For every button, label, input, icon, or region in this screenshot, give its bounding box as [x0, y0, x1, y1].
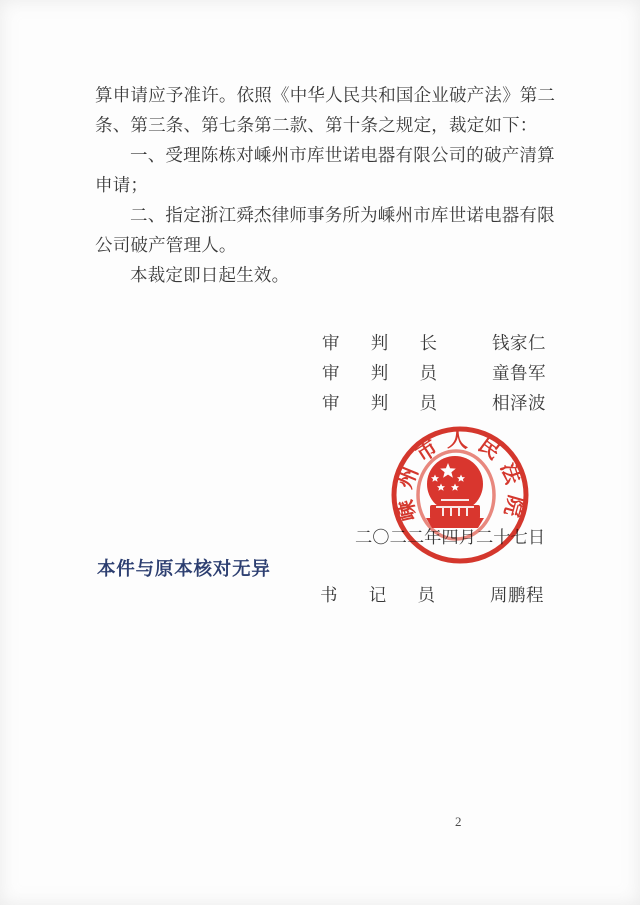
judge-name: 钱家仁 — [492, 328, 546, 358]
body-line: 本裁定即日起生效。 — [95, 260, 557, 290]
body-line: 算申请应予准许。依照《中华人民共和国企业破产法》第二 — [95, 80, 557, 110]
body-line: 条、第三条、第七条第二款、第十条之规定，裁定如下： — [95, 110, 557, 140]
judge-role: 审判长 — [322, 328, 437, 358]
clerk-name: 周鹏程 — [490, 582, 544, 607]
ruling-body: 算申请应予准许。依照《中华人民共和国企业破产法》第二 条、第三条、第七条第二款、… — [95, 80, 557, 290]
judge-row: 审判员相泽波 — [322, 388, 546, 418]
court-ruling-page: 算申请应予准许。依照《中华人民共和国企业破产法》第二 条、第三条、第七条第二款、… — [0, 0, 640, 905]
ruling-date: 二〇二二年四月二十七日 — [355, 523, 545, 548]
judge-name: 童鲁军 — [492, 358, 546, 388]
body-line: 申请； — [95, 170, 557, 200]
judge-row: 审判员童鲁军 — [322, 358, 546, 388]
judge-role: 审判员 — [322, 388, 437, 418]
verification-stamp: 本件与原本核对无异 — [97, 555, 271, 581]
svg-text:嵊州市人民法院: 嵊州市人民法院 — [391, 427, 528, 527]
body-line: 一、受理陈栋对嵊州市库世诺电器有限公司的破产清算 — [95, 140, 557, 170]
body-line: 二、指定浙江舜杰律师事务所为嵊州市库世诺电器有限 — [95, 200, 557, 230]
seal-text: 嵊州市人民法院 — [391, 427, 528, 527]
body-line: 公司破产管理人。 — [95, 230, 557, 260]
page-number: 2 — [455, 814, 462, 830]
clerk-block: 书记员周鹏程 — [320, 582, 544, 607]
judge-name: 相泽波 — [492, 388, 546, 418]
judge-role: 审判员 — [322, 358, 437, 388]
clerk-role: 书记员 — [320, 582, 435, 607]
judge-row: 审判长钱家仁 — [322, 328, 546, 358]
signature-block: 审判长钱家仁 审判员童鲁军 审判员相泽波 — [322, 328, 546, 418]
